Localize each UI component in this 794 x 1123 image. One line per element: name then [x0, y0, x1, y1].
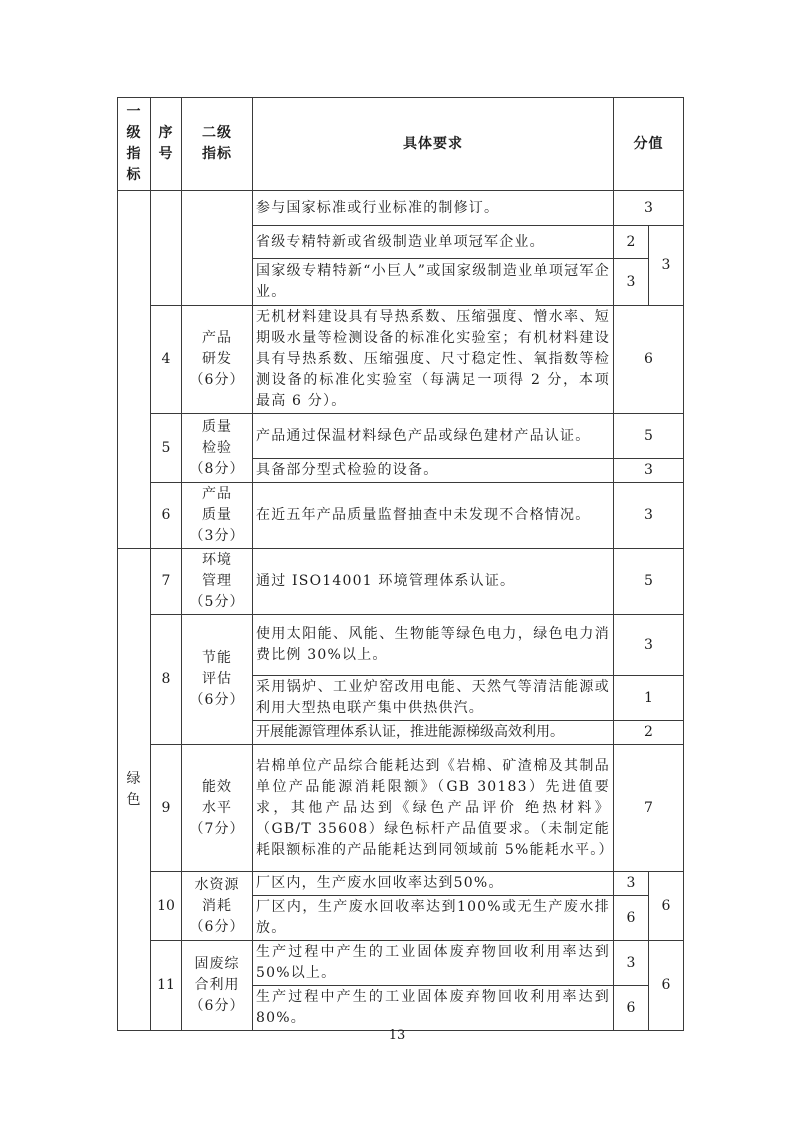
requirement-cell: 具备部分型式检验的设备。 [253, 459, 614, 483]
score-cell: 3 [614, 615, 684, 676]
seq-cell: 10 [151, 872, 182, 941]
seq-cell: 6 [151, 483, 182, 549]
requirement-cell: 厂区内，生产废水回收率达到50%。 [253, 872, 614, 896]
header-score: 分值 [614, 98, 684, 191]
requirement-cell: 厂区内，生产废水回收率达到100%或无生产废水排放。 [253, 896, 614, 941]
requirement-cell: 无机材料建设具有导热系数、压缩强度、憎水率、短期吸水量等检测设备的标准化实验室；… [253, 306, 614, 414]
indicator-cell: 水资源 消耗 （6分） [182, 872, 253, 941]
group-score-cell: 6 [649, 872, 684, 941]
score-cell: 3 [614, 872, 649, 896]
level1-cell-green: 绿 色 [118, 549, 151, 1031]
requirement-cell: 生产过程中产生的工业固体废弃物回收利用率达到80%。 [253, 986, 614, 1031]
group-score-cell: 3 [649, 226, 684, 306]
header-requirement: 具体要求 [253, 98, 614, 191]
requirement-cell: 参与国家标准或行业标准的制修订。 [253, 191, 614, 226]
indicator-cell: 质量 检验 （8分） [182, 414, 253, 483]
seq-cell-carryover [151, 191, 182, 306]
indicator-cell: 节能 评估 （6分） [182, 615, 253, 745]
indicator-cell: 固废综 合利用 （6分） [182, 941, 253, 1031]
score-cell: 6 [614, 306, 684, 414]
table-row: 10 水资源 消耗 （6分） 厂区内，生产废水回收率达到50%。 3 6 [118, 872, 684, 896]
requirement-cell: 国家级专精特新“小巨人”或国家级制造业单项冠军企业。 [253, 259, 614, 306]
score-cell: 2 [614, 721, 684, 745]
indicator-cell: 能效 水平 （7分） [182, 745, 253, 872]
score-cell: 3 [614, 259, 649, 306]
requirement-cell: 采用锅炉、工业炉窑改用电能、天然气等清洁能源或利用大型热电联产集中供热供汽。 [253, 676, 614, 721]
seq-cell: 11 [151, 941, 182, 1031]
header-level2-indicator: 二级 指标 [182, 98, 253, 191]
group-score-cell: 6 [649, 941, 684, 1031]
table-row: 参与国家标准或行业标准的制修订。 3 [118, 191, 684, 226]
table-row: 11 固废综 合利用 （6分） 生产过程中产生的工业固体废弃物回收利用率达到50… [118, 941, 684, 986]
level1-cell-carryover [118, 191, 151, 549]
header-level1-indicator: 一 级 指 标 [118, 98, 151, 191]
indicator-cell: 产品 质量 （3分） [182, 483, 253, 549]
score-cell: 3 [614, 483, 684, 549]
score-cell: 6 [614, 896, 649, 941]
table-row: 4 产品 研发 （6分） 无机材料建设具有导热系数、压缩强度、憎水率、短期吸水量… [118, 306, 684, 414]
indicator-cell-carryover [182, 191, 253, 306]
seq-cell: 8 [151, 615, 182, 745]
score-cell: 5 [614, 549, 684, 615]
table-row: 8 节能 评估 （6分） 使用太阳能、风能、生物能等绿色电力，绿色电力消费比例 … [118, 615, 684, 676]
seq-cell: 9 [151, 745, 182, 872]
table-row: 5 质量 检验 （8分） 产品通过保温材料绿色产品或绿色建材产品认证。 5 [118, 414, 684, 459]
score-cell: 3 [614, 941, 649, 986]
score-cell: 7 [614, 745, 684, 872]
table-row: 6 产品 质量 （3分） 在近五年产品质量监督抽查中未发现不合格情况。 3 [118, 483, 684, 549]
table-header-row: 一 级 指 标 序 号 二级 指标 具体要求 分值 [118, 98, 684, 191]
requirement-cell: 省级专精特新或省级制造业单项冠军企业。 [253, 226, 614, 259]
score-cell: 1 [614, 676, 684, 721]
requirement-cell: 生产过程中产生的工业固体废弃物回收利用率达到50%以上。 [253, 941, 614, 986]
seq-cell: 5 [151, 414, 182, 483]
score-cell: 6 [614, 986, 649, 1031]
table-row: 绿 色 7 环境 管理 （5分） 通过 ISO14001 环境管理体系认证。 5 [118, 549, 684, 615]
requirement-cell: 通过 ISO14001 环境管理体系认证。 [253, 549, 614, 615]
indicator-cell: 环境 管理 （5分） [182, 549, 253, 615]
requirement-cell: 使用太阳能、风能、生物能等绿色电力，绿色电力消费比例 30%以上。 [253, 615, 614, 676]
score-cell: 3 [614, 459, 684, 483]
header-seq-no: 序 号 [151, 98, 182, 191]
requirement-cell: 产品通过保温材料绿色产品或绿色建材产品认证。 [253, 414, 614, 459]
indicator-cell: 产品 研发 （6分） [182, 306, 253, 414]
document-page: 一 级 指 标 序 号 二级 指标 具体要求 分值 参与国家标准或行业标准的制修… [0, 0, 794, 1123]
page-number: 13 [0, 1028, 794, 1043]
score-cell: 2 [614, 226, 649, 259]
requirement-cell: 岩棉单位产品综合能耗达到《岩棉、矿渣棉及其制品单位产品能源消耗限额》（GB 30… [253, 745, 614, 872]
score-cell: 3 [614, 191, 684, 226]
score-criteria-table: 一 级 指 标 序 号 二级 指标 具体要求 分值 参与国家标准或行业标准的制修… [117, 97, 684, 1031]
seq-cell: 7 [151, 549, 182, 615]
score-cell: 5 [614, 414, 684, 459]
seq-cell: 4 [151, 306, 182, 414]
requirement-cell: 在近五年产品质量监督抽查中未发现不合格情况。 [253, 483, 614, 549]
requirement-cell: 开展能源管理体系认证，推进能源梯级高效利用。 [253, 721, 614, 745]
table-row: 9 能效 水平 （7分） 岩棉单位产品综合能耗达到《岩棉、矿渣棉及其制品单位产品… [118, 745, 684, 872]
